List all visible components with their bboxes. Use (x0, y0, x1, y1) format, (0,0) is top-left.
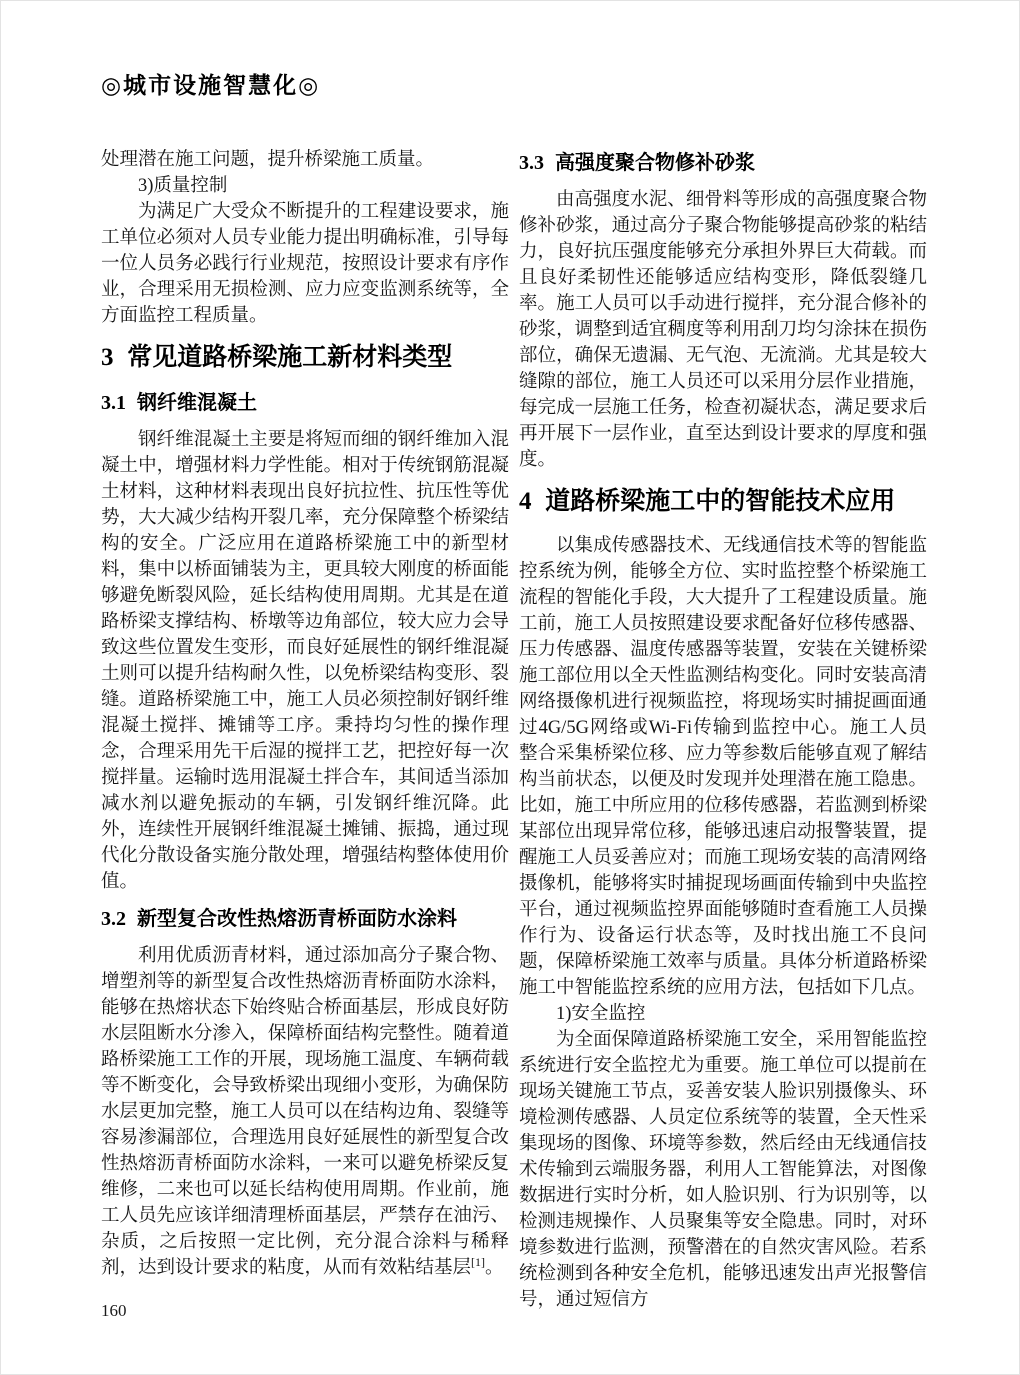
section-3-1-title: 钢纤维混凝土 (137, 392, 257, 414)
safety-monitoring-paragraph: 为全面保障道路桥梁施工安全，采用智能监控系统进行安全监控尤为重要。施工单位可以提… (519, 1027, 927, 1313)
section-3-2-paragraph: 利用优质沥青材料，通过添加高分子聚合物、增塑剂等的新型复合改性热熔沥青桥面防水涂… (101, 943, 509, 1281)
section-3-3-number: 3.3 (519, 152, 544, 174)
section-3-3-title: 高强度聚合物修补砂浆 (555, 152, 755, 174)
citation-ref-marker: [1] (471, 1255, 485, 1269)
section-3-2-number: 3.2 (101, 908, 126, 930)
section-3-2-paragraph-endmark: 。 (485, 1258, 504, 1278)
journal-page: ◎城市设施智慧化◎ 处理潜在施工问题，提升桥梁施工质量。 3)质量控制 为满足广… (0, 0, 1020, 1375)
right-column: 3.3高强度聚合物修补砂浆 由高强度水泥、细骨料等形成的高强度聚合物修补砂浆，通… (519, 147, 927, 1313)
continuation-paragraph: 处理潜在施工问题，提升桥梁施工质量。 (101, 147, 509, 173)
section-3-3-heading: 3.3高强度聚合物修补砂浆 (519, 149, 927, 177)
column-header-label: ◎城市设施智慧化◎ (101, 67, 320, 100)
list-item-quality-control: 3)质量控制 (101, 173, 509, 199)
quality-control-paragraph: 为满足广大受众不断提升的工程建设要求，施工单位必须对人员专业能力提出明确标准，引… (101, 199, 509, 329)
section-3-heading: 3常见道路桥梁施工新材料类型 (101, 341, 509, 375)
section-3-2-paragraph-text: 利用优质沥青材料，通过添加高分子聚合物、增塑剂等的新型复合改性热熔沥青桥面防水涂… (101, 946, 509, 1278)
section-3-2-title: 新型复合改性热熔沥青桥面防水涂料 (137, 908, 457, 930)
section-3-1-number: 3.1 (101, 392, 126, 414)
section-3-1-heading: 3.1钢纤维混凝土 (101, 389, 509, 417)
section-3-1-paragraph: 钢纤维混凝土主要是将短而细的钢纤维加入混凝土中，增强材料力学性能。相对于传统钢筋… (101, 427, 509, 895)
section-3-number: 3 (101, 344, 114, 371)
section-3-3-paragraph: 由高强度水泥、细骨料等形成的高强度聚合物修补砂浆，通过高分子聚合物能够提高砂浆的… (519, 187, 927, 473)
section-4-number: 4 (519, 488, 532, 515)
list-item-safety-monitoring: 1)安全监控 (519, 1001, 927, 1027)
section-4-title: 道路桥梁施工中的智能技术应用 (545, 488, 895, 515)
section-4-heading: 4道路桥梁施工中的智能技术应用 (519, 485, 927, 519)
section-3-title: 常见道路桥梁施工新材料类型 (127, 344, 452, 371)
section-3-2-heading: 3.2新型复合改性热熔沥青桥面防水涂料 (101, 905, 509, 933)
two-column-body: 处理潜在施工问题，提升桥梁施工质量。 3)质量控制 为满足广大受众不断提升的工程… (101, 147, 927, 1313)
section-4-paragraph: 以集成传感器技术、无线通信技术等的智能监控系统为例，能够全方位、实时监控整个桥梁… (519, 533, 927, 1001)
left-column: 处理潜在施工问题，提升桥梁施工质量。 3)质量控制 为满足广大受众不断提升的工程… (101, 147, 509, 1313)
page-number: 160 (101, 1301, 127, 1321)
